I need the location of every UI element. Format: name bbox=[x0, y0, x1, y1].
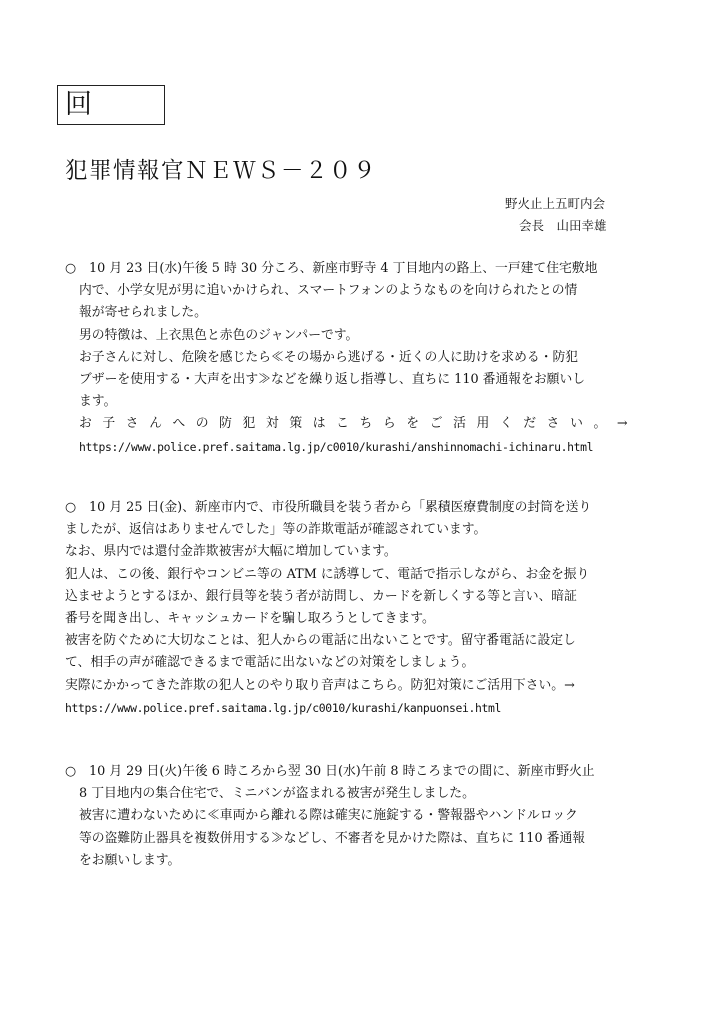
issuer-block: 野火止上五町内会 会長 山田幸雄 bbox=[505, 193, 607, 237]
kairan-label: 回 覧 bbox=[65, 89, 165, 120]
notice-line: 番号を聞き出し、キャッシュカードを騙し取ろうとしてきます。 bbox=[65, 608, 665, 630]
notice-line: 報が寄せられました。 bbox=[65, 302, 665, 324]
notice-line: 8 丁目地内の集合住宅で、ミニバンが盗まれる被害が発生しました。 bbox=[65, 783, 665, 805]
notice-line: 被害を防ぐために大切なことは、犯人からの電話に出ないことです。留守番電話に設定し bbox=[65, 630, 665, 652]
notice-section-3: ○ 10 月 29 日(火)午後 6 時ころから翌 30 日(水)午前 8 時こ… bbox=[65, 761, 665, 872]
notice-line: お子さんに対し、危険を感じたら≪その場から逃げる・近くの人に助けを求める・防犯 bbox=[65, 347, 665, 369]
notice-line: なお、県内では還付金詐欺被害が大幅に増加しています。 bbox=[65, 541, 665, 563]
notice-line: 込ませようとするほか、銀行員等を装う者が訪問し、カードを新しくする等と言い、暗証 bbox=[65, 586, 665, 608]
notice-line: 実際にかかってきた詐欺の犯人とのやり取り音声はこちら。防犯対策にご活用下さい。→ bbox=[65, 675, 665, 697]
notice-line: て、相手の声が確認できるまで電話に出ないなどの対策をしましょう。 bbox=[65, 652, 665, 674]
notice-line: ○ 10 月 29 日(火)午後 6 時ころから翌 30 日(水)午前 8 時こ… bbox=[65, 761, 665, 783]
url-link-anshin[interactable]: https://www.police.pref.saitama.lg.jp/c0… bbox=[65, 436, 665, 458]
notice-line: ましたが、返信はありませんでした」等の詐欺電話が確認されています。 bbox=[65, 519, 665, 541]
notice-line: お子さんへの防犯対策はこちらをご活用ください。→ bbox=[65, 413, 665, 435]
notice-line: 等の盗難防止器具を複数併用する≫などし、不審者を見かけた際は、直ちに 110 番… bbox=[65, 828, 665, 850]
kairan-label-box: 回 覧 bbox=[57, 85, 165, 125]
organization-name: 野火止上五町内会 bbox=[505, 193, 607, 215]
url-link-kanpuonsei[interactable]: https://www.police.pref.saitama.lg.jp/c0… bbox=[65, 697, 665, 719]
notice-line: ます。 bbox=[65, 391, 665, 413]
notice-line: をお願いします。 bbox=[65, 850, 665, 872]
notice-line: 犯人は、この後、銀行やコンビニ等の ATM に誘導して、電話で指示しながら、お金… bbox=[65, 564, 665, 586]
chairperson-name: 会長 山田幸雄 bbox=[505, 215, 607, 237]
notice-line: 内で、小学女児が男に追いかけられ、スマートフォンのようなものを向けられたとの情 bbox=[65, 280, 665, 302]
document-title: 犯罪情報官ＮＥＷＳ－２０９ bbox=[65, 156, 377, 186]
notice-line: ブザーを使用する・大声を出す≫などを繰り返し指導し、直ちに 110 番通報をお願… bbox=[65, 369, 665, 391]
notice-section-1: ○ 10 月 23 日(水)午後 5 時 30 分ころ、新座市野寺 4 丁目地内… bbox=[65, 258, 665, 458]
notice-line: ○ 10 月 25 日(金)、新座市内で、市役所職員を装う者から「累積医療費制度… bbox=[65, 497, 665, 519]
notice-line: 被害に遭わないために≪車両から離れる際は確実に施錠する・警報器やハンドルロック bbox=[65, 805, 665, 827]
notice-section-2: ○ 10 月 25 日(金)、新座市内で、市役所職員を装う者から「累積医療費制度… bbox=[65, 497, 665, 719]
notice-line: ○ 10 月 23 日(水)午後 5 時 30 分ころ、新座市野寺 4 丁目地内… bbox=[65, 258, 665, 280]
notice-line: 男の特徴は、上衣黒色と赤色のジャンパーです。 bbox=[65, 325, 665, 347]
